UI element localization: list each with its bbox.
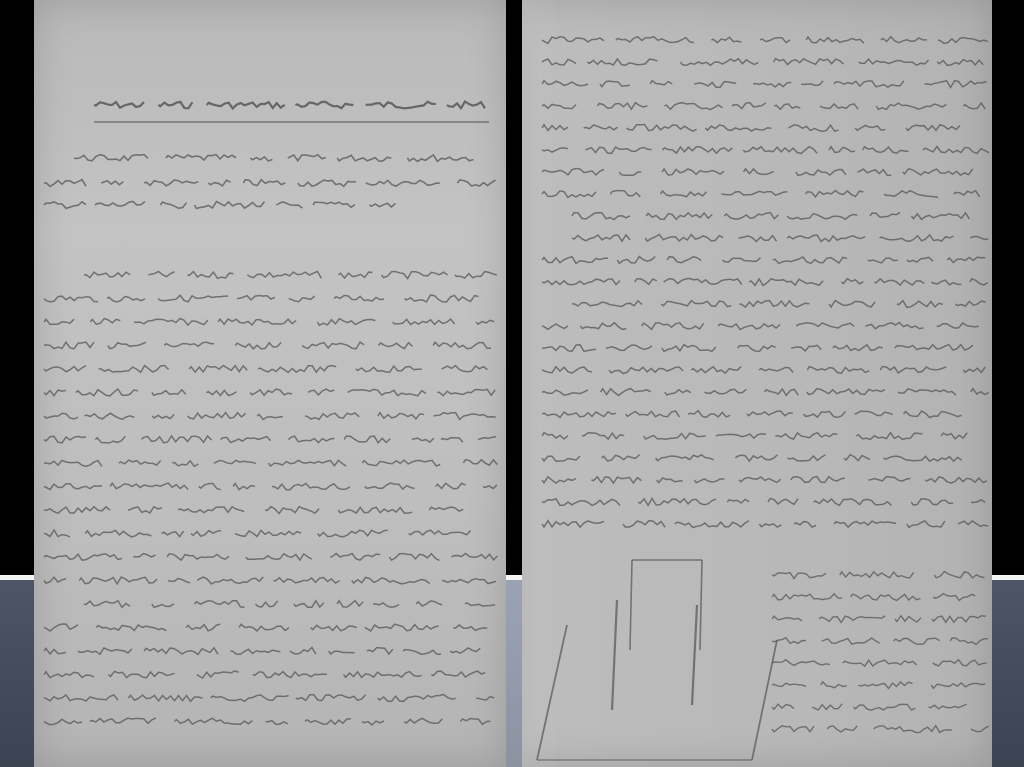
manuscript-photo-right: Photograph of a handwritten manuscript p… — [522, 0, 992, 767]
slide-gap-band — [506, 580, 522, 767]
handwriting-scribbles-left — [34, 0, 506, 767]
manuscript-photo-left: Photograph of a handwritten manuscript p… — [34, 0, 506, 767]
handwriting-scribbles-right — [522, 0, 992, 767]
